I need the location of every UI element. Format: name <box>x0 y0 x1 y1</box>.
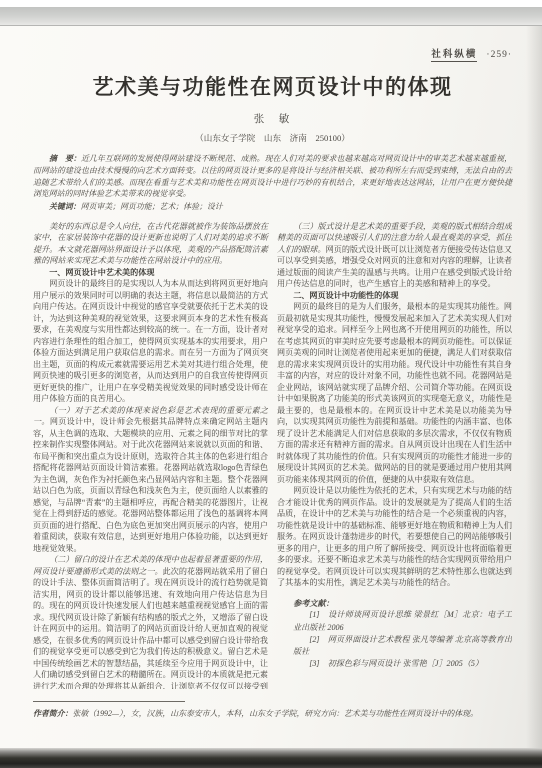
reference-item-3: [3] 初探色彩与网页设计 张雪艳［J］2005（5） <box>277 658 512 670</box>
scanned-journal-page: 社科纵横 ·259· 艺术美与功能性在网页设计中的体现 张 敏 （山东女子学院 … <box>0 0 542 768</box>
conclusion-paragraph: 网页设计是以功能性为依托的艺术，只有实现艺术与功能的结合才能设计优秀的网页作品。… <box>277 485 512 589</box>
references-heading: 参考文献： <box>277 598 512 610</box>
author-affiliation: （山东女子学院 山东 济南 250100） <box>33 132 512 144</box>
abstract-paragraph: 摘 要：近几年互联网的发展使得网站建设不断规范、成熟。现在人们对美的要求也越来越… <box>33 153 512 200</box>
whitespace-paragraph-rest: 此次的花器网站就采用了留白的设计手法、整体页面简洁明了。现在网页设计的流行趋势就… <box>33 567 268 689</box>
scanner-top-band <box>0 7 542 26</box>
intro-paragraph: 美好的东西总是令人向往，在古代花器就被作为装饰品摆放在家中，在家居装饰中花器的设… <box>33 221 268 267</box>
author-bio-label: 作者简介： <box>33 709 72 718</box>
page-content: 社科纵横 ·259· 艺术美与功能性在网页设计中的体现 张 敏 （山东女子学院 … <box>33 26 512 768</box>
two-column-body: 美好的东西总是令人向往，在古代花器就被作为装饰品摆放在家中，在家居装饰中花器的设… <box>33 221 512 689</box>
page-right-edge-shadow <box>526 26 542 750</box>
author-name: 张 敏 <box>33 111 512 126</box>
color-paragraph-rest: 网页设计中，设计师会先根据其品牌特点来确定网站主题内容，从主色调的选取、大题模块… <box>33 417 268 553</box>
section-1-paragraph: 网页设计的最终目的是实现以人为本从而达到将网页更好地向用户展示的效果同时可以明确… <box>33 278 268 405</box>
reference-item-1: [1] 设计师谈网页设计思维 梁景红［M］北京：电子工业出版社 2006 <box>277 609 512 633</box>
journal-header: 社科纵横 ·259· <box>33 46 512 62</box>
abstract-block: 摘 要：近几年互联网的发展使得网站建设不断规范、成熟。现在人们对美的要求也越来越… <box>33 153 512 213</box>
keywords-text: 网页审美；网页功能；艺术；体验；设计 <box>81 202 223 211</box>
author-bio: 作者简介：张敏（1992—），女，汉族，山东泰安市人，本科，山东女子学院，研究方… <box>33 708 512 719</box>
section-2-heading: 二、网页设计中功能性的体现 <box>277 290 512 302</box>
layout-paragraph: （三）版式设计是艺术美的重要手段，美观的版式相结合组成精美的页面可以快速吸引人们… <box>277 221 512 290</box>
whitespace-paragraph: （二）留白的设计在艺术美的体现中也起着显著重要的作用，网页设计要遵循形式美的法则… <box>33 554 268 689</box>
keywords-line: 关键词：网页审美；网页功能；艺术；体验；设计 <box>33 201 512 213</box>
page-number: ·259· <box>486 50 512 60</box>
left-column: 美好的东西总是令人向往，在古代花器就被作为装饰品摆放在家中，在家居装饰中花器的设… <box>33 221 268 689</box>
abstract-label: 摘 要： <box>49 154 81 163</box>
author-bio-footnote: 作者简介：张敏（1992—），女，汉族，山东泰安市人，本科，山东女子学院，研究方… <box>33 701 512 719</box>
references-block: 参考文献： [1] 设计师谈网页设计思维 梁景红［M］北京：电子工业出版社 20… <box>277 598 512 671</box>
footnote-separator <box>33 701 185 702</box>
scanner-bottom-band <box>0 748 542 768</box>
article-title: 艺术美与功能性在网页设计中的体现 <box>33 71 512 101</box>
journal-name: 社科纵横 <box>431 46 477 62</box>
author-bio-text: 张敏（1992—），女，汉族，山东泰安市人，本科，山东女子学院，研究方向：艺术美… <box>72 709 478 718</box>
color-paragraph: （一）对于艺术美的体现来说色彩是艺术表现的重要元素之一。网页设计中，设计师会先根… <box>33 405 268 555</box>
functionality-paragraph: 网页的最终目的是为人们服务，最根本的是实现其功能性。网页最初就是实现其功能性，慢… <box>277 301 512 485</box>
keywords-label: 关键词： <box>49 202 81 211</box>
right-column: （三）版式设计是艺术美的重要手段，美观的版式相结合组成精美的页面可以快速吸引人们… <box>277 221 512 689</box>
section-1-heading: 一、网页设计中艺术美的体现 <box>33 267 268 279</box>
abstract-text: 近几年互联网的发展使得网站建设不断规范、成熟。现在人们对美的要求也越来越高对网页… <box>33 154 512 198</box>
reference-item-2: [2] 网页界面设计艺术教程 张凡等编著 北京高等教育出版社 <box>277 634 512 658</box>
